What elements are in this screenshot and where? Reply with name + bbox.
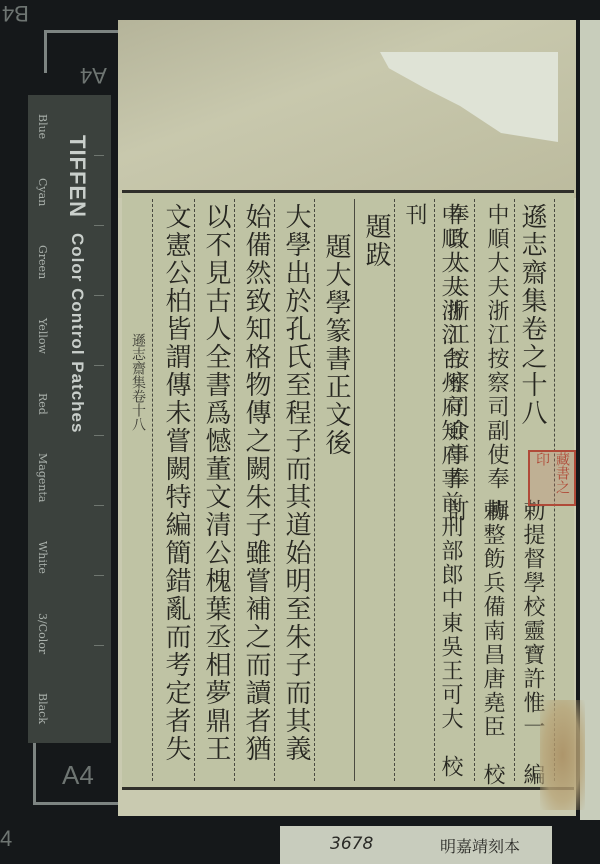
volume-title: 遜志齋集卷之十八 bbox=[514, 203, 550, 427]
body-column: 大學出於孔氏至程子而其道始明至朱子而其義 bbox=[278, 203, 314, 763]
patch-label: Magenta bbox=[36, 453, 49, 502]
patch-labels: Blue Cyan Green Yellow Red Magenta White… bbox=[36, 95, 49, 743]
water-stain bbox=[540, 700, 585, 810]
catalog-label-slip: 3678 明嘉靖刻本 bbox=[280, 826, 552, 864]
corner-label-4: 4 bbox=[0, 826, 12, 852]
tiffen-color-bar: TIFFEN Color Control Patches Blue Cyan G… bbox=[28, 95, 111, 743]
tiffen-brand: TIFFEN Color Control Patches bbox=[64, 135, 90, 434]
patch-label: Red bbox=[36, 393, 49, 415]
corner-label-a4-upper: A4 bbox=[80, 62, 107, 88]
patch-label: Yellow bbox=[36, 318, 49, 354]
body-column: 始備然致知格物傳之闕朱子雖嘗補之而讀者猶 bbox=[238, 203, 274, 763]
author-line: 中順大夫浙江按察司副使奉 bbox=[478, 203, 514, 491]
edition-note: 明嘉靖刻本 bbox=[440, 834, 520, 857]
fold-spine-title: 遜志齋集卷十八 bbox=[128, 333, 148, 431]
patch-label: Black bbox=[36, 693, 49, 724]
author-line: 中順大夫浙江台州府知府事前刑部郎中東吳王可大 校刊 bbox=[396, 203, 468, 787]
red-collector-seal: 藏書之印 bbox=[528, 450, 576, 506]
section-heading: 題跋 bbox=[358, 213, 394, 269]
patch-label: 3/Color bbox=[36, 613, 49, 654]
patch-label: White bbox=[36, 541, 49, 574]
body-column: 文憲公柏皆謂傳未嘗闕特編簡錯亂而考定者失 bbox=[158, 203, 194, 763]
corner-label-b4: B4 bbox=[2, 0, 29, 26]
patch-label: Blue bbox=[36, 114, 49, 139]
essay-title: 題大學篆書正文後 bbox=[318, 233, 354, 457]
catalog-number: 3678 bbox=[330, 834, 373, 854]
patch-label: Cyan bbox=[36, 178, 49, 206]
printed-text-block: 遜志齋集卷之十八 中順大夫浙江按察司副使奉 勅提督學校靈寶許惟一 編輯 奉政大夫… bbox=[122, 190, 574, 790]
corner-label-a4-lower: A4 bbox=[62, 760, 94, 791]
body-column: 以不見古人全書爲憾董文清公槐葉丞相夢鼎王 bbox=[198, 203, 234, 763]
patch-label: Green bbox=[36, 245, 49, 279]
